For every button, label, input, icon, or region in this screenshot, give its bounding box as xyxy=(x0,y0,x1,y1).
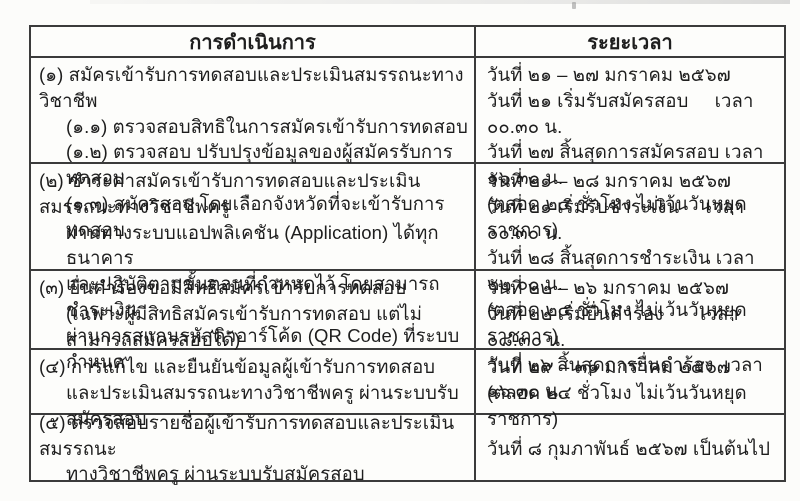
action-cell: (๔) การแก้ไข และยืนยันข้อมูลผู้เข้ารับกา… xyxy=(31,350,476,413)
action-cell: (๕) ตรวจสอบรายชื่อผู้เข้ารับการทดสอบและป… xyxy=(31,415,476,480)
action-cell: (๒) ชำระค่าสมัครเข้ารับการทดสอบและประเมิ… xyxy=(31,164,476,269)
action-line: ผ่านทางระบบแอปพลิเคชัน (Application) ได้… xyxy=(39,220,468,272)
period-cell: วันที่ ๒๑ – ๒๘ มกราคม ๒๕๖๗ วันที่ ๒๑ เริ… xyxy=(476,164,784,269)
period-line: วันที่ ๒๑ – ๒๗ มกราคม ๒๕๖๗ xyxy=(487,62,778,88)
period-line: วันที่ ๒๑ – ๒๘ มกราคม ๒๕๖๗ xyxy=(487,168,778,194)
period-line: วันที่ ๘ กุมภาพันธ์ ๒๕๖๗ เป็นต้นไป xyxy=(487,436,778,462)
action-line: (๕) ตรวจสอบรายชื่อผู้เข้ารับการทดสอบและป… xyxy=(39,410,468,462)
schedule-table: การดำเนินการ ระยะเวลา (๑) สมัครเข้ารับกา… xyxy=(29,25,786,482)
table-row: (๔) การแก้ไข และยืนยันข้อมูลผู้เข้ารับกา… xyxy=(31,348,784,413)
period-line: วันที่ ๒๙ – ๓๑ มกราคม ๒๕๖๗ xyxy=(487,354,778,380)
action-cell: (๑) สมัครเข้ารับการทดสอบและประเมินสมรรถน… xyxy=(31,58,476,162)
table-row: (๕) ตรวจสอบรายชื่อผู้เข้ารับการทดสอบและป… xyxy=(31,413,784,480)
table-row: (๓) ยื่นคำร้องขอมีสิทธิสมัครเข้ารับการทด… xyxy=(31,269,784,348)
period-line: วันที่ ๒๒ – ๒๖ มกราคม ๒๕๖๗ xyxy=(487,275,778,301)
scan-smudge-artifact xyxy=(90,0,790,4)
table-row: (๑) สมัครเข้ารับการทดสอบและประเมินสมรรถน… xyxy=(31,56,784,162)
period-line: วันที่ ๒๑ เริ่มรับชำระเงิน เวลา ๐๐.๓๐ น. xyxy=(487,194,778,246)
action-line: (๑.๑) ตรวจสอบสิทธิในการสมัครเข้ารับการทด… xyxy=(39,114,468,140)
period-line: วันที่ ๒๒ เริ่มยื่นคำร้อง เวลา ๐๘.๓๐ น. xyxy=(487,301,778,353)
column-header-action: การดำเนินการ xyxy=(31,27,476,56)
table-row: (๒) ชำระค่าสมัครเข้ารับการทดสอบและประเมิ… xyxy=(31,162,784,269)
table-header-row: การดำเนินการ ระยะเวลา xyxy=(31,27,784,56)
action-line: ทางวิชาชีพครู ผ่านระบบรับสมัครสอบ xyxy=(39,461,468,487)
column-header-period: ระยะเวลา xyxy=(476,27,784,56)
action-line: (๓) ยื่นคำร้องขอมีสิทธิสมัครเข้ารับการทด… xyxy=(39,275,468,301)
action-line: (๑) สมัครเข้ารับการทดสอบและประเมินสมรรถน… xyxy=(39,62,468,114)
action-line: (๒) ชำระค่าสมัครเข้ารับการทดสอบและประเมิ… xyxy=(39,168,468,220)
period-cell: วันที่ ๒๙ – ๓๑ มกราคม ๒๕๖๗ (ตลอด ๒๔ ชั่ว… xyxy=(476,350,784,413)
action-line: (๔) การแก้ไข และยืนยันข้อมูลผู้เข้ารับกา… xyxy=(39,354,468,380)
document-page: การดำเนินการ ระยะเวลา (๑) สมัครเข้ารับกา… xyxy=(0,0,800,501)
scan-dot-artifact xyxy=(572,2,576,9)
period-line: วันที่ ๒๑ เริ่มรับสมัครสอบ เวลา ๐๐.๓๐ น. xyxy=(487,88,778,140)
action-cell: (๓) ยื่นคำร้องขอมีสิทธิสมัครเข้ารับการทด… xyxy=(31,271,476,348)
action-line: (เฉพาะผู้มีสิทธิสมัครเข้ารับการทดสอบ แต่… xyxy=(39,301,468,353)
period-cell: วันที่ ๒๑ – ๒๗ มกราคม ๒๕๖๗ วันที่ ๒๑ เริ… xyxy=(476,58,784,162)
period-cell: วันที่ ๒๒ – ๒๖ มกราคม ๒๕๖๗ วันที่ ๒๒ เริ… xyxy=(476,271,784,348)
period-cell: วันที่ ๘ กุมภาพันธ์ ๒๕๖๗ เป็นต้นไป xyxy=(476,415,784,480)
